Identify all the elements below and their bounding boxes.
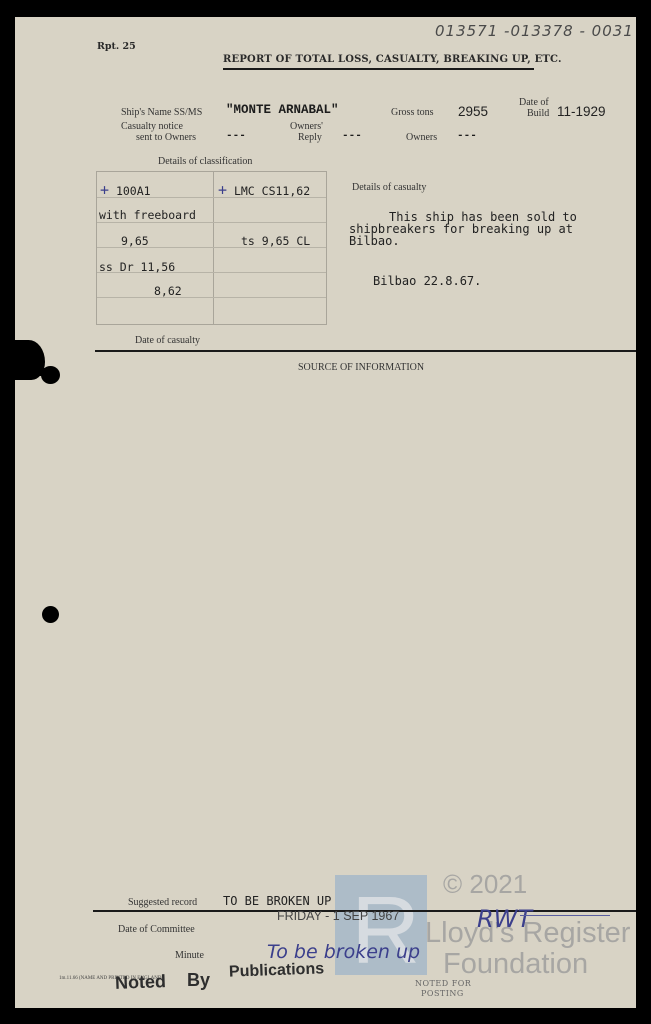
date-of-casualty-label: Date of casualty	[135, 335, 200, 346]
source-heading: SOURCE OF INFORMATION	[298, 362, 424, 373]
page-title: REPORT OF TOTAL LOSS, CASUALTY, BREAKING…	[223, 54, 562, 65]
class-left-2: 9,65	[121, 234, 149, 248]
gross-tons-label: Gross tons	[391, 107, 434, 118]
noted-for-posting-1: NOTED FOR	[415, 979, 471, 988]
document-page: 013571 -013378 - 0031 Rpt. 25 REPORT OF …	[15, 17, 636, 1008]
class-left-0-text: 100A1	[109, 184, 151, 198]
casualty-place-date: Bilbao 22.8.67.	[373, 274, 481, 288]
owners-reply-value: ---	[342, 130, 362, 142]
watermark-line-2: Foundation	[443, 948, 588, 981]
casualty-notice-label-1: Casualty notice	[121, 121, 183, 132]
title-underline	[223, 68, 534, 70]
grid-rule	[97, 297, 326, 298]
grid-divider	[213, 172, 214, 324]
noted-stamp-3: Publications	[229, 960, 325, 981]
section-divider	[95, 350, 636, 352]
class-left-1: with freeboard	[99, 208, 196, 222]
class-right-0-text: LMC CS11,62	[227, 184, 310, 198]
class-right-2: ts 9,65 CL	[241, 234, 310, 248]
noted-for-posting-2: POSTING	[421, 989, 464, 998]
noted-stamp-2: By	[187, 970, 210, 991]
torn-edge-neck	[30, 368, 48, 376]
owners-reply-label-2: Reply	[298, 132, 322, 143]
plus-mark-icon: +	[100, 181, 109, 199]
date-of-build-value: 11-1929	[557, 104, 606, 119]
lr-logo-icon: R	[351, 883, 420, 979]
casualty-notice-value: ---	[226, 130, 246, 142]
punch-hole-icon	[42, 606, 59, 623]
date-of-committee-label: Date of Committee	[118, 924, 195, 935]
signature-stroke	[520, 915, 610, 916]
date-of-build-label-1: Date of	[519, 97, 549, 108]
casualty-notice-label-2: sent to Owners	[136, 132, 196, 143]
signature: RWT	[477, 905, 532, 933]
date-of-build-label-2: Build	[527, 108, 549, 119]
owners-value: ---	[457, 130, 477, 142]
class-left-3: ss Dr 11,56	[99, 260, 175, 274]
noted-stamp-1: Noted	[115, 971, 167, 994]
classification-label: Details of classification	[158, 156, 252, 167]
ship-name-label: Ship's Name SS/MS	[121, 107, 202, 118]
casualty-text-line-3: Bilbao.	[349, 234, 400, 248]
classification-grid: ++ 100A1 100A1 with freeboard 9,65 ss Dr…	[96, 171, 327, 325]
minute-label: Minute	[175, 950, 204, 961]
suggested-record-label: Suggested record	[128, 897, 197, 908]
plus-mark-icon: +	[218, 181, 227, 199]
form-code: Rpt. 25	[97, 41, 136, 52]
date-of-committee-stamp: FRIDAY - 1 SEP 1967	[277, 909, 399, 923]
grid-rule	[97, 222, 326, 223]
reference-number: 013571 -013378 - 0031	[435, 22, 634, 40]
watermark-copyright: © 2021	[443, 869, 527, 900]
minute-handwritten: To be broken up	[267, 941, 420, 963]
suggested-record-value: TO BE BROKEN UP	[223, 894, 331, 908]
owners-label: Owners	[406, 132, 437, 143]
casualty-details-label: Details of casualty	[352, 182, 426, 193]
owners-reply-label-1: Owners'	[290, 121, 323, 132]
gross-tons-value: 2955	[458, 104, 488, 119]
class-left-4: 8,62	[154, 284, 182, 298]
ship-name: "MONTE ARNABAL"	[226, 103, 339, 117]
